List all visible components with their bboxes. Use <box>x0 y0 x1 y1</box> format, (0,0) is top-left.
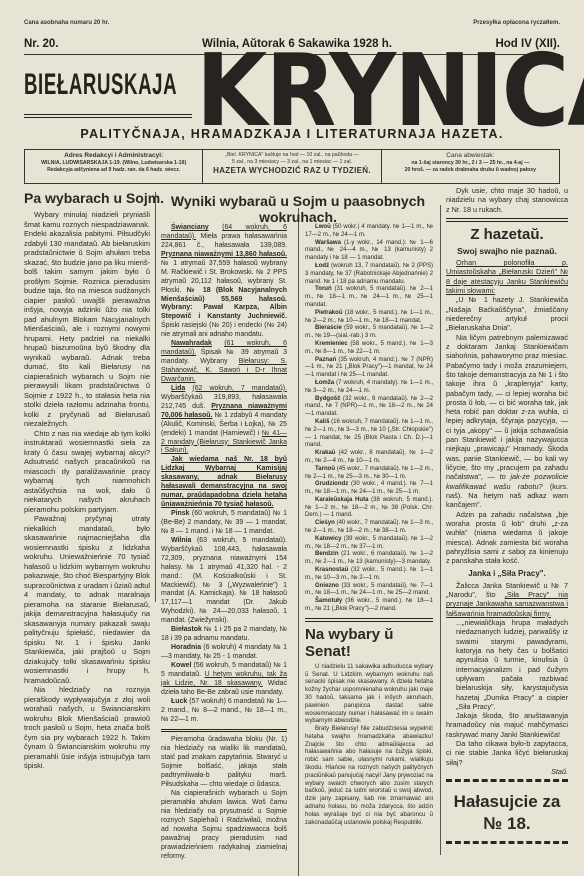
paragraph: Cieśyn (40 wokr., 7 mandataŭ). № 1—3 m.,… <box>305 520 433 536</box>
issue-number: Nr. 20. <box>24 38 59 50</box>
paragraph: Biełastok № 1 i 25 pa 2 mandaty, № 18 i … <box>161 626 287 644</box>
paragraph: Pieramoha ŭradawaha bloku (Nr. 1) nia hl… <box>161 736 287 790</box>
results-list: Świanciany (64 wokruh, 6 mandataŭ). Mieł… <box>161 224 287 725</box>
article-title: Pa wybarach u Sojm. <box>24 190 150 206</box>
paragraph: Karaleŭskaja Huta (38 wokruh, 5 mand.). … <box>305 497 433 520</box>
paragraph: Bendzin (21 wokr., 6 mandataŭ). № 1—2 m.… <box>305 551 433 567</box>
paragraph: Pinsk (60 wokruh, 5 mandataŭ) № 1 (Be-Be… <box>161 510 287 537</box>
paragraph: Łomža (7 wokruh, 4 mandaty). № 1—1 m., №… <box>305 380 433 396</box>
paragraph: Nia hledziačy na roznyja pieraškody wypł… <box>24 685 150 771</box>
paragraph: Lida (62 wokruh, 7 mandataŭ). Wybarščyka… <box>161 385 287 457</box>
senate-article-title: Na wybary ŭ Senat! <box>305 626 433 660</box>
separator <box>305 618 433 622</box>
paragraph: Da taho cikawa było-b zapytacca, ci nie … <box>446 739 568 767</box>
column-four: Dyk usie, chto maje 30 hadoŭ, u niadziel… <box>446 186 568 850</box>
press-review-body-2: Žalicca Janka Stankiewič u № 7 „Narodu",… <box>446 581 568 767</box>
paragraph: Toruń (31 wokruh, 5 mandataŭ). № 2—1 m.,… <box>305 286 433 309</box>
address-title: Adres Redakcyi i Administracyi: <box>31 152 196 159</box>
paragraph: Žalicca Janka Stankiewič u № 7 „Narodu",… <box>446 581 568 618</box>
press-review-subtitle: Swoj swajho nie paznaŭ. <box>446 247 568 256</box>
paragraph: Lwoŭ (50 wokr.) 4 mandaty. № 1—1 m., № 1… <box>305 224 433 240</box>
paragraph: Bieraście (59 wokr., 5 mandataŭ). № 1—2 … <box>305 325 433 341</box>
paragraph: Jak wiedama naš Nr. 18 byŭ Lidzkaj Wybar… <box>161 456 287 510</box>
paragraph: Waršawa (1-y wokr., 14 mand.): № 1—6 man… <box>305 240 433 263</box>
paragraph: Pietrakoŭ (18 wokr., 5 mand.). № 1—1 m.,… <box>305 310 433 326</box>
paragraph: Wilnia (63 wokruh, 5 mandataŭ). Wybarščy… <box>161 537 287 626</box>
paragraph: Kremieniec (58 wokr., 5 mand.). № 1—3 m.… <box>305 341 433 357</box>
dashed-rule <box>446 779 568 785</box>
paragraph: Katowicy (39 wokr., 5 mandataŭ). № 1—2 m… <box>305 536 433 552</box>
newspaper-page: Cana asobnaha numaru 20 hr. Przesyłka op… <box>0 0 584 876</box>
senate-article-continued: Dyk usie, chto maje 30 hadoŭ, u niadziel… <box>446 186 568 214</box>
masthead-bielaruskaja: BIEŁARUSKAJA <box>24 68 191 116</box>
separator <box>161 729 287 733</box>
address-line: WILNIA, LUDWISARSKAJA 1-19. (Wilno, Ludw… <box>31 160 196 167</box>
paragraph: ...„niewialičkaja hrupa maładych niedazn… <box>446 618 568 711</box>
paragraph: Chto z nas nia wiedaje ab tym kolki inst… <box>24 429 150 515</box>
paragraph: Šamotuły (36 wokr., 5 mand.). № 18—1 m.,… <box>305 598 433 614</box>
subscription-line-2: 5 zal., na 3 miesiacy — 3 zal., na 1 mie… <box>209 159 374 166</box>
paragraph: Horadnia (6 wokruh) 4 mandaty № 1—3 mand… <box>161 644 287 662</box>
top-notes: Cana asobnaha numaru 20 hr. Przesyłka op… <box>24 20 560 26</box>
paragraph: Łodź (wokruh 13, 7 mandataŭ). № 2 (PPS) … <box>305 263 433 286</box>
paragraph: Bydgošč (32 wokr., 6 mandataŭ). № 2—2 ma… <box>305 396 433 419</box>
info-box: Adres Redakcyi i Administracyi: WILNIA, … <box>24 149 560 184</box>
price-note: Cana asobnaha numaru 20 hr. <box>24 20 109 26</box>
column-rule <box>298 208 299 876</box>
paragraph: Adzin pa zahadu načalstwa „bje woraha pr… <box>446 510 568 566</box>
senate-article-body: U niadzielu 11 sakawika adbuducca wybary… <box>305 664 433 828</box>
paragraph: Paznań (35 wokruh, 4 mand.). № 7 (NPR)—1… <box>305 357 433 380</box>
paragraph: Nawahradak (61 wokruh, 6 mandataŭ). Śpis… <box>161 340 287 385</box>
press-review-body: Orhan polonofiła p. Umiastoŭskaha „Bieła… <box>446 258 568 565</box>
results-column-right: Lwoŭ (50 wokr.) 4 mandaty. № 1—1 m., № 1… <box>305 190 433 827</box>
paragraph: Pawažnaj pryčynaj utraty niekalkich mand… <box>24 514 150 685</box>
paragraph: Gniezno (33 wokr., 5 mandataŭ). № 7—1 m.… <box>305 583 433 599</box>
postage-note: Przesyłka opłacona ryczałtem. <box>473 20 560 26</box>
paragraph: Kowel (56 wokruh, 5 mandataŭ) № 1 5 mand… <box>161 662 287 698</box>
press-review-title: Z hazetaŭ. <box>446 226 568 243</box>
vote-banner: Hałasujcie za № 18. <box>446 791 568 835</box>
masthead-subtitle: PALITYČNAJA, HRAMADZKAJA I LITERATURNAJA… <box>0 127 584 141</box>
dashed-rule <box>446 841 568 847</box>
subscription-line-1: „Biel. KRYNICA" kaštuje na hod — 10 zal.… <box>209 152 374 159</box>
column-rule <box>440 205 441 855</box>
paragraph: Krakaŭ (42 wokr., 8 mandataŭ). № 1—2 m.,… <box>305 450 433 466</box>
article-body: Wybary minułaj niadzieli pryniaśli šmat … <box>24 210 150 771</box>
paragraph: Tarnoŭ (45 wokr., 7 mandataŭ). № 1—2 m.,… <box>305 466 433 482</box>
subscription-cell: „Biel. KRYNICA" kaštuje na hod — 10 zal.… <box>203 150 381 183</box>
paragraph: U niadzielu 11 sakawika adbuducca wybary… <box>305 664 433 726</box>
masthead-krynica: KRYNICA <box>196 50 536 132</box>
paragraph: Łuck (57 wokruh) 6 mandataŭ № 1—2 mand.,… <box>161 698 287 725</box>
ads-cell: Cana abwiestak: na 1-šaj staroncy 30 hr.… <box>382 150 559 183</box>
ads-line-2: 20 hroš. — za radok drabnaha druku ŭ wad… <box>388 167 553 174</box>
paragraph: Nia ličym patrebnym palemizawać z doktar… <box>446 333 568 510</box>
press-review-subhead: Janka i „Siła Pracy". <box>446 569 568 578</box>
office-hours: Redakcyja adčyniena ad 9 hadz. ran. da 6… <box>31 167 196 174</box>
paragraph: Jakaja škoda, što arыštawanyja hramadoŭc… <box>446 711 568 739</box>
paragraph: Krasnostaŭ (32 wokr., 5 mand.). № 1—1 m.… <box>305 567 433 583</box>
address-cell: Adres Redakcyi i Administracyi: WILNIA, … <box>25 150 203 183</box>
ads-title: Cana abwiestak: <box>388 152 553 159</box>
paragraph: Na ciapierašnich wybarach u Sojm pierama… <box>161 790 287 862</box>
paragraph: Orhan polonofiła p. Umiastoŭskaha „Bieła… <box>446 258 568 295</box>
column-rule <box>155 192 156 602</box>
results-commentary: Pieramoha ŭradawaha bloku (Nr. 1) nia hl… <box>161 736 287 861</box>
signature: Staŭ. <box>446 767 568 776</box>
separator <box>446 218 568 222</box>
article-elections-column: Pa wybarach u Sojm. Wybary minułaj niadz… <box>24 190 150 771</box>
paragraph: „U № 1 hazety J. Stankiewiča „Našaja Bać… <box>446 295 568 332</box>
masthead-rules <box>24 114 192 120</box>
paragraph: Dyk usie, chto maje 30 hadoŭ, u niadziel… <box>446 186 568 214</box>
results-column-left: Świanciany (64 wokruh, 6 mandataŭ). Mieł… <box>161 190 287 862</box>
paragraph: Grudziondz (30 wokr., 4 mand.). № 7—1 m.… <box>305 481 433 497</box>
ads-line-1: na 1-šaj staroncy 30 hr., 2 i 3 — 25 hr.… <box>388 160 553 167</box>
results-list: Lwoŭ (50 wokr.) 4 mandaty. № 1—1 m., № 1… <box>305 224 433 614</box>
paragraph: Wybary minułaj niadzieli pryniaśli šmat … <box>24 210 150 429</box>
paragraph: Świanciany (64 wokruh, 6 mandataŭ). Mieł… <box>161 224 287 340</box>
publication-frequency: HAZETA WYCHODZIĆ RAZ U TYDZIEŃ. <box>209 167 374 174</box>
paragraph: Kališ (16 wokruh, 7 mandataŭ). № 1—1 m.,… <box>305 419 433 450</box>
paragraph: Braty Biełarusy! Nie zabudźciesia wypełn… <box>305 726 433 827</box>
